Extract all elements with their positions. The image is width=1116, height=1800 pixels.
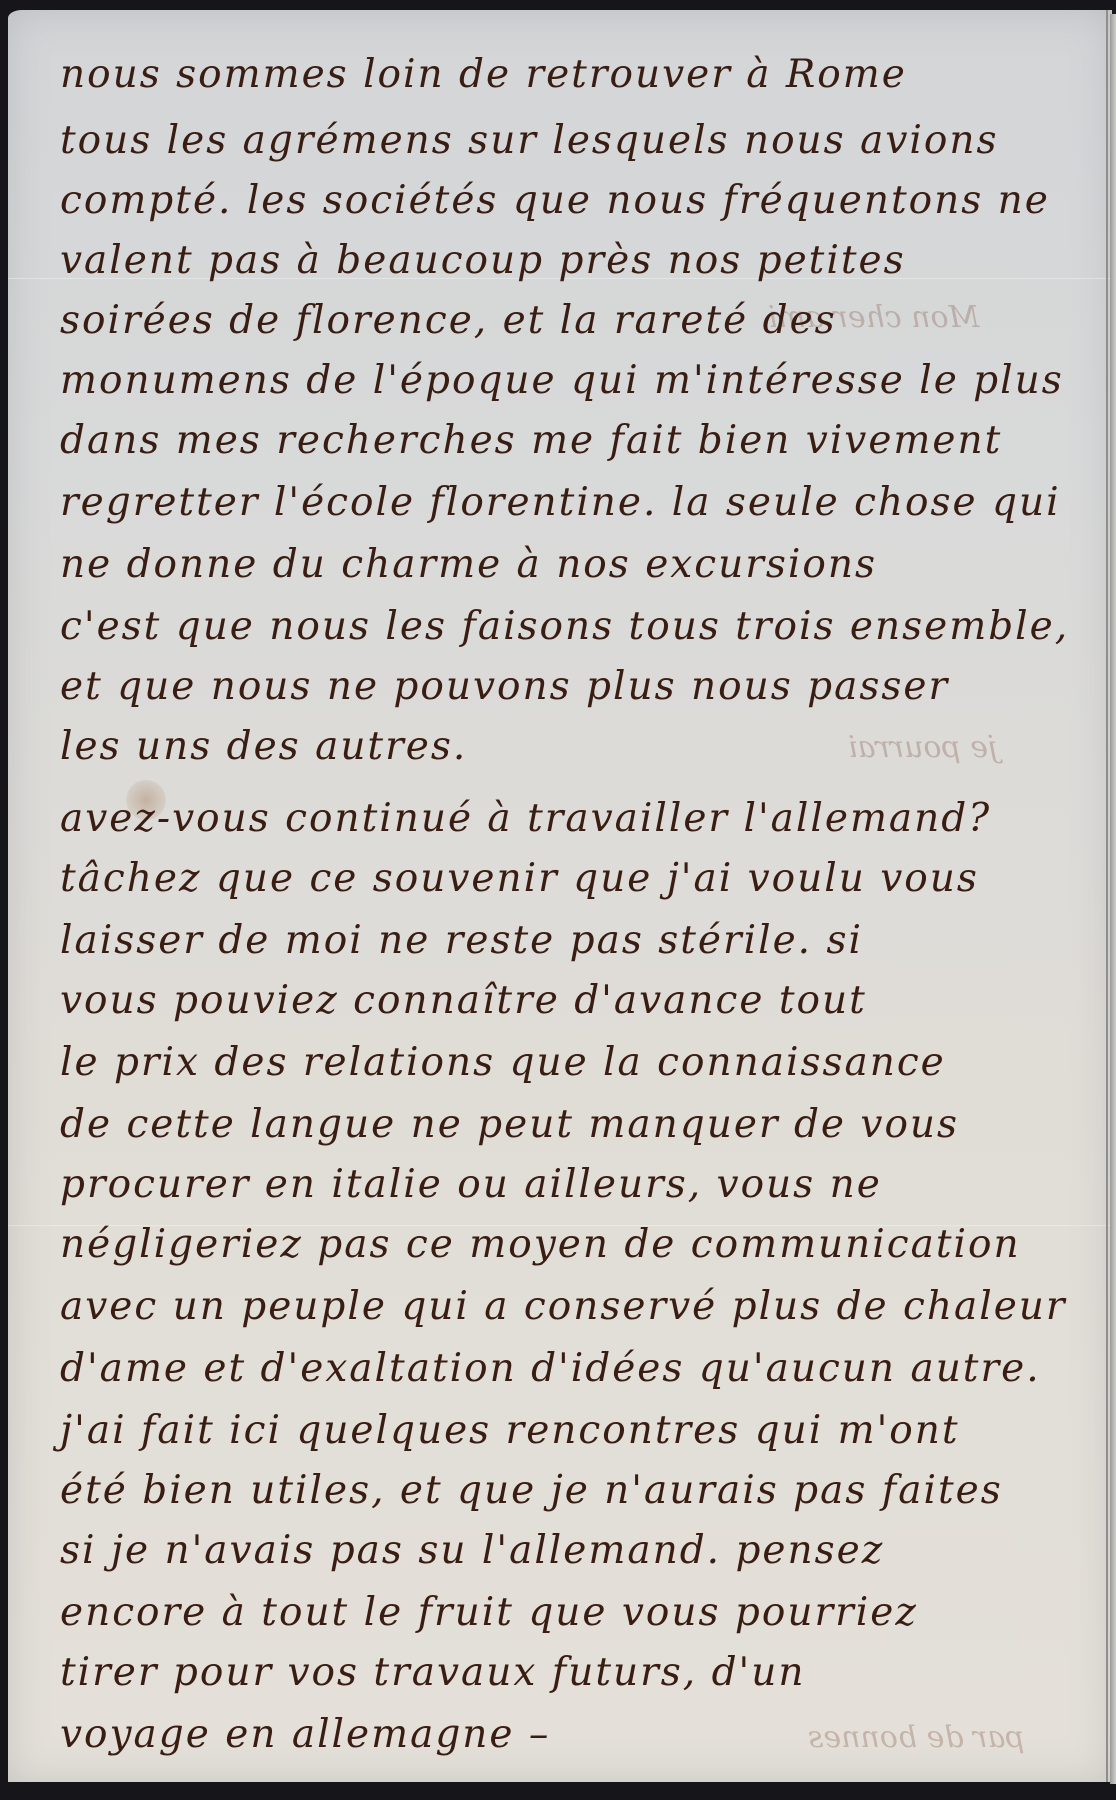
letter-line: j'ai fait ici quelques rencontres qui m'…: [60, 1408, 1072, 1453]
letter-line: encore à tout le fruit que vous pourriez: [60, 1590, 1072, 1635]
letter-line: dans mes recherches me fait bien vivemen…: [60, 418, 1072, 463]
letter-line: tâchez que ce souvenir que j'ai voulu vo…: [60, 856, 1072, 901]
letter-line: été bien utiles, et que je n'aurais pas …: [60, 1468, 1072, 1513]
letter-line: tous les agrémens sur lesquels nous avio…: [60, 118, 1072, 163]
letter-line: avez-vous continué à travailler l'allema…: [60, 796, 1072, 841]
letter-line: regretter l'école florentine. la seule c…: [60, 480, 1072, 525]
letter-line: et que nous ne pouvons plus nous passer: [60, 664, 1072, 709]
letter-line: si je n'avais pas su l'allemand. pensez: [60, 1528, 1072, 1573]
manuscript-page: Mon cher ami je pourrai par de bonnes no…: [8, 10, 1112, 1782]
letter-line: tirer pour vos travaux futurs, d'un: [60, 1650, 1072, 1695]
adjacent-page-edge: [1110, 14, 1116, 1784]
letter-line: monumens de l'époque qui m'intéresse le …: [60, 358, 1072, 403]
letter-line: procurer en italie ou ailleurs, vous ne: [60, 1162, 1072, 1207]
letter-line: de cette langue ne peut manquer de vous: [60, 1102, 1072, 1147]
letter-line: soirées de florence, et la rareté des: [60, 298, 1072, 343]
letter-line: voyage en allemagne –: [60, 1712, 1072, 1757]
letter-line: vous pouviez connaître d'avance tout: [60, 978, 1072, 1023]
letter-line: c'est que nous les faisons tous trois en…: [60, 604, 1072, 649]
letter-line: le prix des relations que la connaissanc…: [60, 1040, 1072, 1085]
letter-line: laisser de moi ne reste pas stérile. si: [60, 918, 1072, 963]
letter-line: nous sommes loin de retrouver à Rome: [60, 52, 1072, 97]
letter-line: ne donne du charme à nos excursions: [60, 542, 1072, 587]
letter-line: négligeriez pas ce moyen de communicatio…: [60, 1222, 1072, 1267]
letter-line: valent pas à beaucoup près nos petites: [60, 238, 1072, 283]
letter-body: nous sommes loin de retrouver à Rome tou…: [8, 10, 1112, 1782]
letter-line: compté. les sociétés que nous fréquenton…: [60, 178, 1072, 223]
letter-line: avec un peuple qui a conservé plus de ch…: [60, 1284, 1072, 1329]
letter-line: d'ame et d'exaltation d'idées qu'aucun a…: [60, 1346, 1072, 1391]
letter-line: les uns des autres.: [60, 724, 1072, 769]
page-fold-gutter: [1106, 10, 1108, 1782]
